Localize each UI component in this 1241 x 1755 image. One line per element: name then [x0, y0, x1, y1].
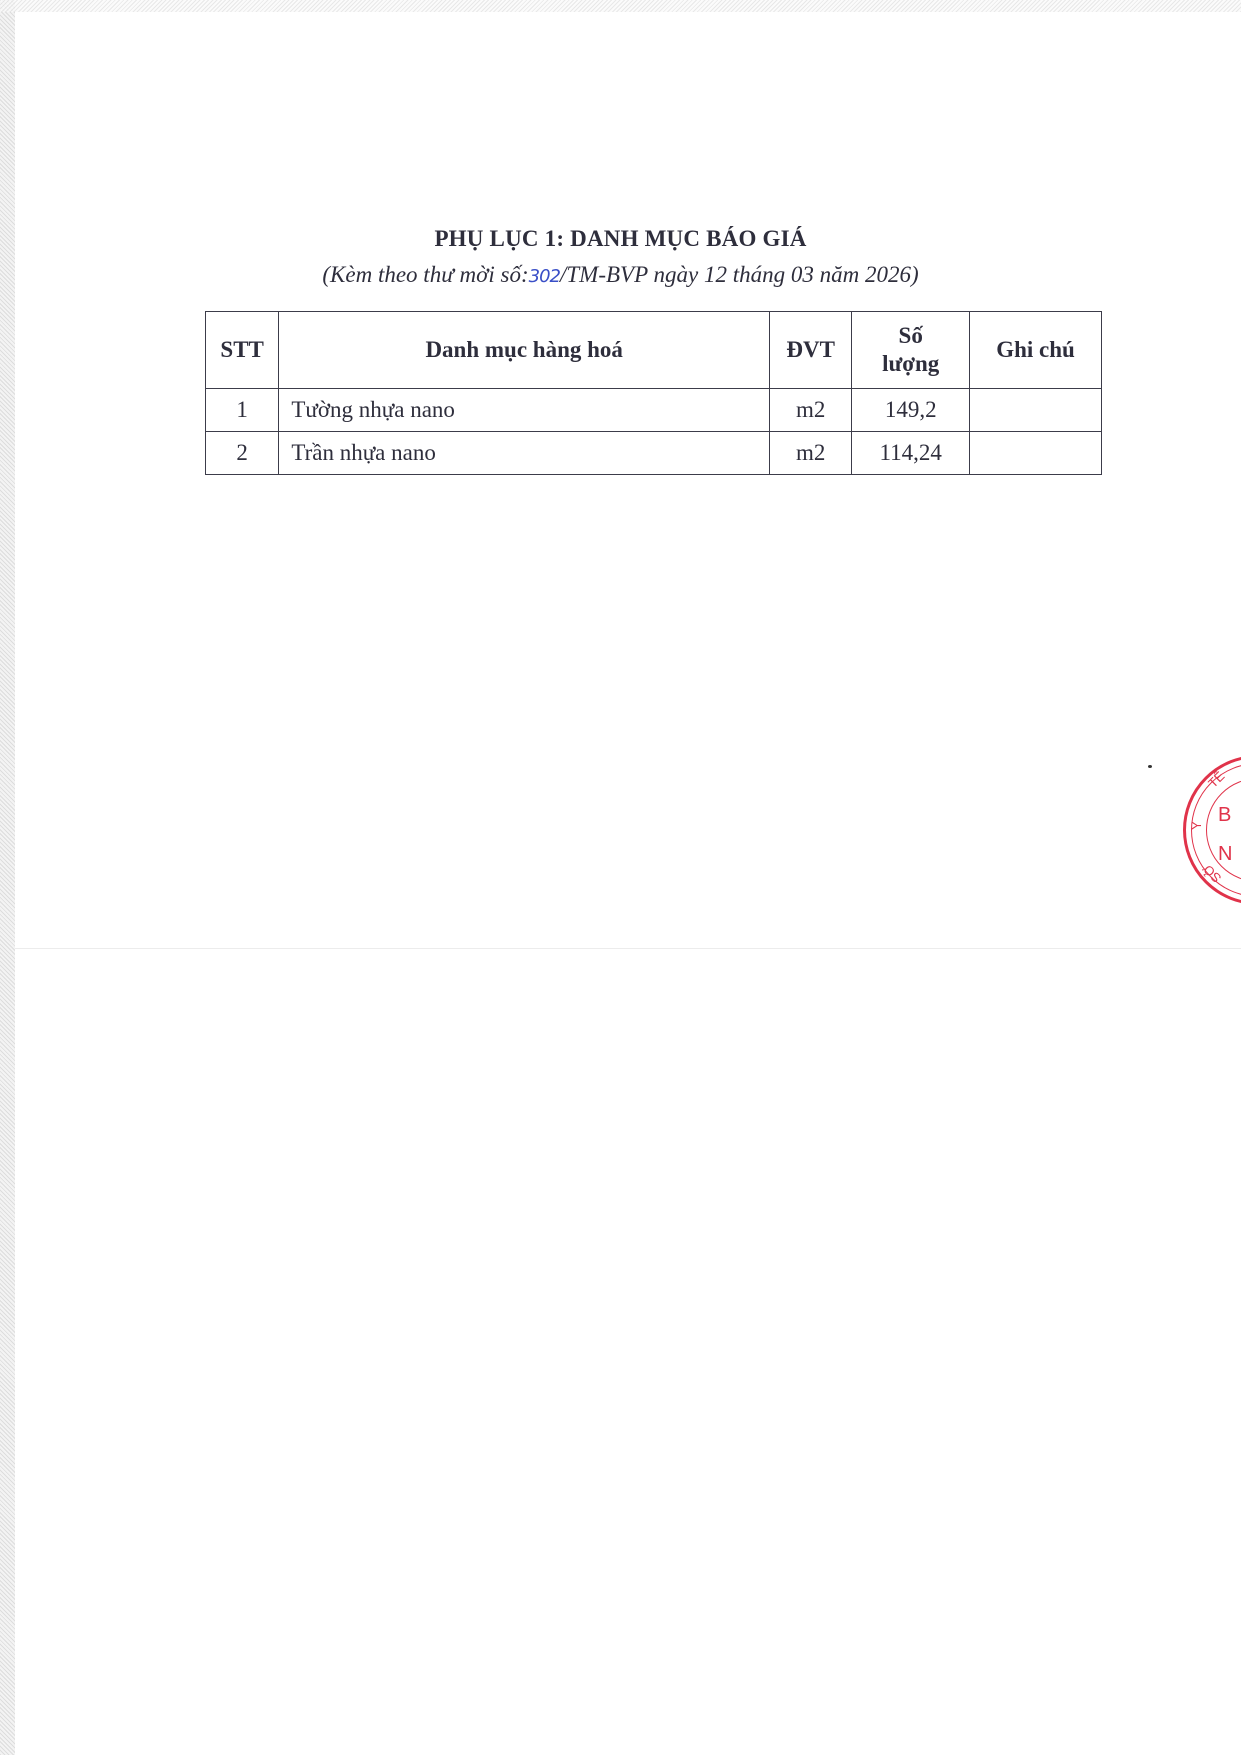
cell-note: [970, 432, 1102, 475]
document-title: PHỤ LỤC 1: DANH MỤC BÁO GIÁ: [0, 226, 1241, 252]
quotation-table: STT Danh mục hàng hoá ĐVT Số lượng Ghi c…: [205, 311, 1102, 475]
header-note: Ghi chú: [970, 312, 1102, 389]
table-row: 1 Tường nhựa nano m2 149,2: [206, 389, 1102, 432]
stamp-ring-text-te: TẾ: [1205, 768, 1227, 790]
table-row: 2 Trần nhựa nano m2 114,24: [206, 432, 1102, 475]
cell-stt: 2: [206, 432, 279, 475]
cell-quantity: 149,2: [852, 389, 970, 432]
cell-note: [970, 389, 1102, 432]
subtitle-prefix: (Kèm theo thư mời số:: [322, 262, 528, 287]
subtitle-suffix: /TM-BVP ngày 12 tháng 03 năm 2026): [560, 262, 919, 287]
cell-unit: m2: [770, 432, 852, 475]
cell-item-name: Tường nhựa nano: [279, 389, 770, 432]
header-item-name: Danh mục hàng hoá: [279, 312, 770, 389]
cell-unit: m2: [770, 389, 852, 432]
cell-quantity: 114,24: [852, 432, 970, 475]
cell-item-name: Trần nhựa nano: [279, 432, 770, 475]
stamp-ring-text-y: Y: [1189, 821, 1204, 830]
stamp-center-text-b: B: [1218, 804, 1231, 827]
scan-speck: [1148, 765, 1152, 768]
official-red-stamp: TẾ Y SỞ B N: [1183, 755, 1241, 905]
cell-stt: 1: [206, 389, 279, 432]
stamp-center-text-n: N: [1218, 843, 1232, 866]
header-unit: ĐVT: [770, 312, 852, 389]
scanner-edge-top: [0, 0, 1241, 12]
header-quantity: Số lượng: [852, 312, 970, 389]
handwritten-letter-number: 302: [529, 266, 560, 287]
header-quantity-line1: Số: [852, 322, 969, 350]
header-quantity-line2: lượng: [852, 350, 969, 378]
page-fold-line: [15, 948, 1241, 949]
table-header-row: STT Danh mục hàng hoá ĐVT Số lượng Ghi c…: [206, 312, 1102, 389]
header-stt: STT: [206, 312, 279, 389]
document-subtitle: (Kèm theo thư mời số:302/TM-BVP ngày 12 …: [0, 262, 1241, 288]
